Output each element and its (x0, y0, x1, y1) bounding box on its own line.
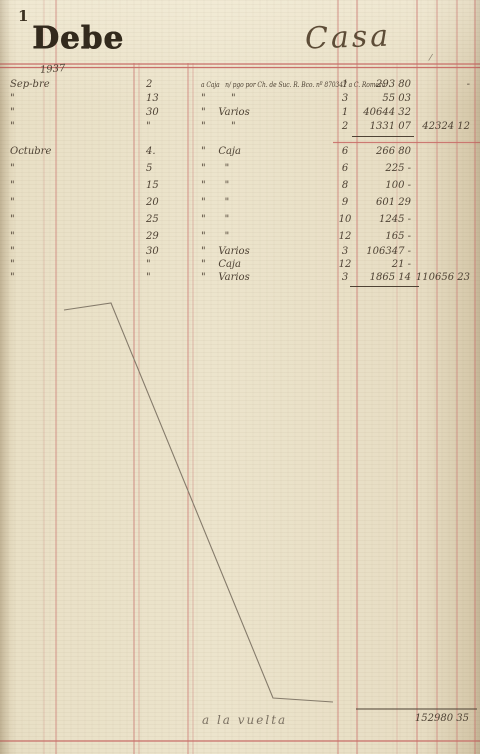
amount-cell: 165 - (356, 231, 411, 242)
folio-cell: 3 (334, 272, 356, 283)
ledger-row: "5" "6225 - (0, 163, 480, 176)
ledger-row: Octubre4." Caja6266 80 (0, 146, 480, 159)
day-cell: 29 (146, 231, 186, 242)
description-cell: " " (201, 214, 341, 225)
description-cell: " Varios (201, 272, 341, 283)
folio-cell: 3 (334, 246, 356, 257)
month-cell: " (10, 272, 100, 283)
month-cell: " (10, 214, 100, 225)
folio-cell: 2 (334, 121, 356, 132)
ledger-row: "29" "12165 - (0, 231, 480, 244)
total-cell: - (415, 79, 470, 90)
amount-cell: 1331 07 (356, 121, 411, 132)
day-cell: 20 (146, 197, 186, 208)
day-cell: 13 (146, 93, 186, 104)
amount-cell: 266 80 (356, 146, 411, 157)
amount-cell: 55 03 (356, 93, 411, 104)
day-cell: " (146, 259, 186, 270)
amount-cell: 40644 32 (356, 107, 411, 118)
casa-heading: Casa (304, 19, 391, 57)
year-label: 1937 (40, 63, 66, 76)
ledger-row: "30" Varios3106347 - (0, 246, 480, 259)
month-cell: " (10, 246, 100, 257)
day-cell: 25 (146, 214, 186, 225)
folio-cell: 6 (334, 163, 356, 174)
total-cell: 42324 12 (415, 121, 470, 132)
day-cell: 30 (146, 246, 186, 257)
description-cell: " Varios (201, 107, 341, 118)
void-diagonal-pencil-line (64, 303, 333, 702)
folio-cell: 3 (334, 93, 356, 104)
ledger-row: """ Caja1221 - (0, 259, 480, 272)
description-cell: " " (201, 197, 341, 208)
folio-cell: 12 (334, 259, 356, 270)
month-cell: " (10, 107, 100, 118)
amount-cell: 1245 - (356, 214, 411, 225)
month-cell: " (10, 231, 100, 242)
debe-heading: Debe (32, 20, 124, 56)
description-cell: " " (201, 163, 341, 174)
month-cell: " (10, 93, 100, 104)
month-cell: " (10, 121, 100, 132)
folio-cell: 10 (334, 214, 356, 225)
amount-cell: 225 - (356, 163, 411, 174)
day-cell: 2 (146, 79, 186, 90)
day-cell: " (146, 121, 186, 132)
folio-cell: 1 (334, 107, 356, 118)
ledger-page: 1 Debe Casa 1937 / Sep-bre2a Caja n/ pgo… (0, 0, 480, 754)
day-cell: 5 (146, 163, 186, 174)
day-cell: 15 (146, 180, 186, 191)
amount-cell: 293 80 (356, 79, 411, 90)
description-cell: " " (201, 93, 341, 104)
folio-cell: 8 (334, 180, 356, 191)
amount-cell: 601 29 (356, 197, 411, 208)
grand-total: 152980 35 (413, 713, 469, 724)
day-cell: 30 (146, 107, 186, 118)
ledger-row: Sep-bre2a Caja n/ pgo por Ch. de Suc. R.… (0, 79, 480, 92)
month-cell: Octubre (10, 146, 100, 157)
footer-note: a la vuelta (202, 713, 287, 727)
total-cell: 110656 23 (415, 272, 470, 283)
day-cell: 4. (146, 146, 186, 157)
month-cell: Sep-bre (10, 79, 100, 90)
folio-cell: 6 (334, 146, 356, 157)
amount-cell: 1865 14 (356, 272, 411, 283)
description-cell: " Caja (201, 146, 341, 157)
month-cell: " (10, 197, 100, 208)
description-cell: " " (201, 121, 341, 132)
amount-cell: 106347 - (356, 246, 411, 257)
description-cell: " " (201, 231, 341, 242)
folio-cell: 1 (334, 79, 356, 90)
description-cell: " Caja (201, 259, 341, 270)
ledger-row: "15" "8100 - (0, 180, 480, 193)
ledger-row: "13" "355 03 (0, 93, 480, 106)
folio-cell: 12 (334, 231, 356, 242)
description-cell: " Varios (201, 246, 341, 257)
month-cell: " (10, 163, 100, 174)
month-cell: " (10, 180, 100, 191)
ledger-row: "25" "101245 - (0, 214, 480, 227)
ledger-row: """ "21331 0742324 12 (0, 121, 480, 134)
month-cell: " (10, 259, 100, 270)
day-cell: " (146, 272, 186, 283)
ledger-row: "30" Varios140644 32 (0, 107, 480, 120)
page-number: 1 (18, 7, 28, 25)
amount-cell: 100 - (356, 180, 411, 191)
folio-cell: 9 (334, 197, 356, 208)
description-cell: " " (201, 180, 341, 191)
ledger-row: """ Varios31865 14110656 23 (0, 272, 480, 285)
amount-cell: 21 - (356, 259, 411, 270)
ledger-row: "20" "9601 29 (0, 197, 480, 210)
